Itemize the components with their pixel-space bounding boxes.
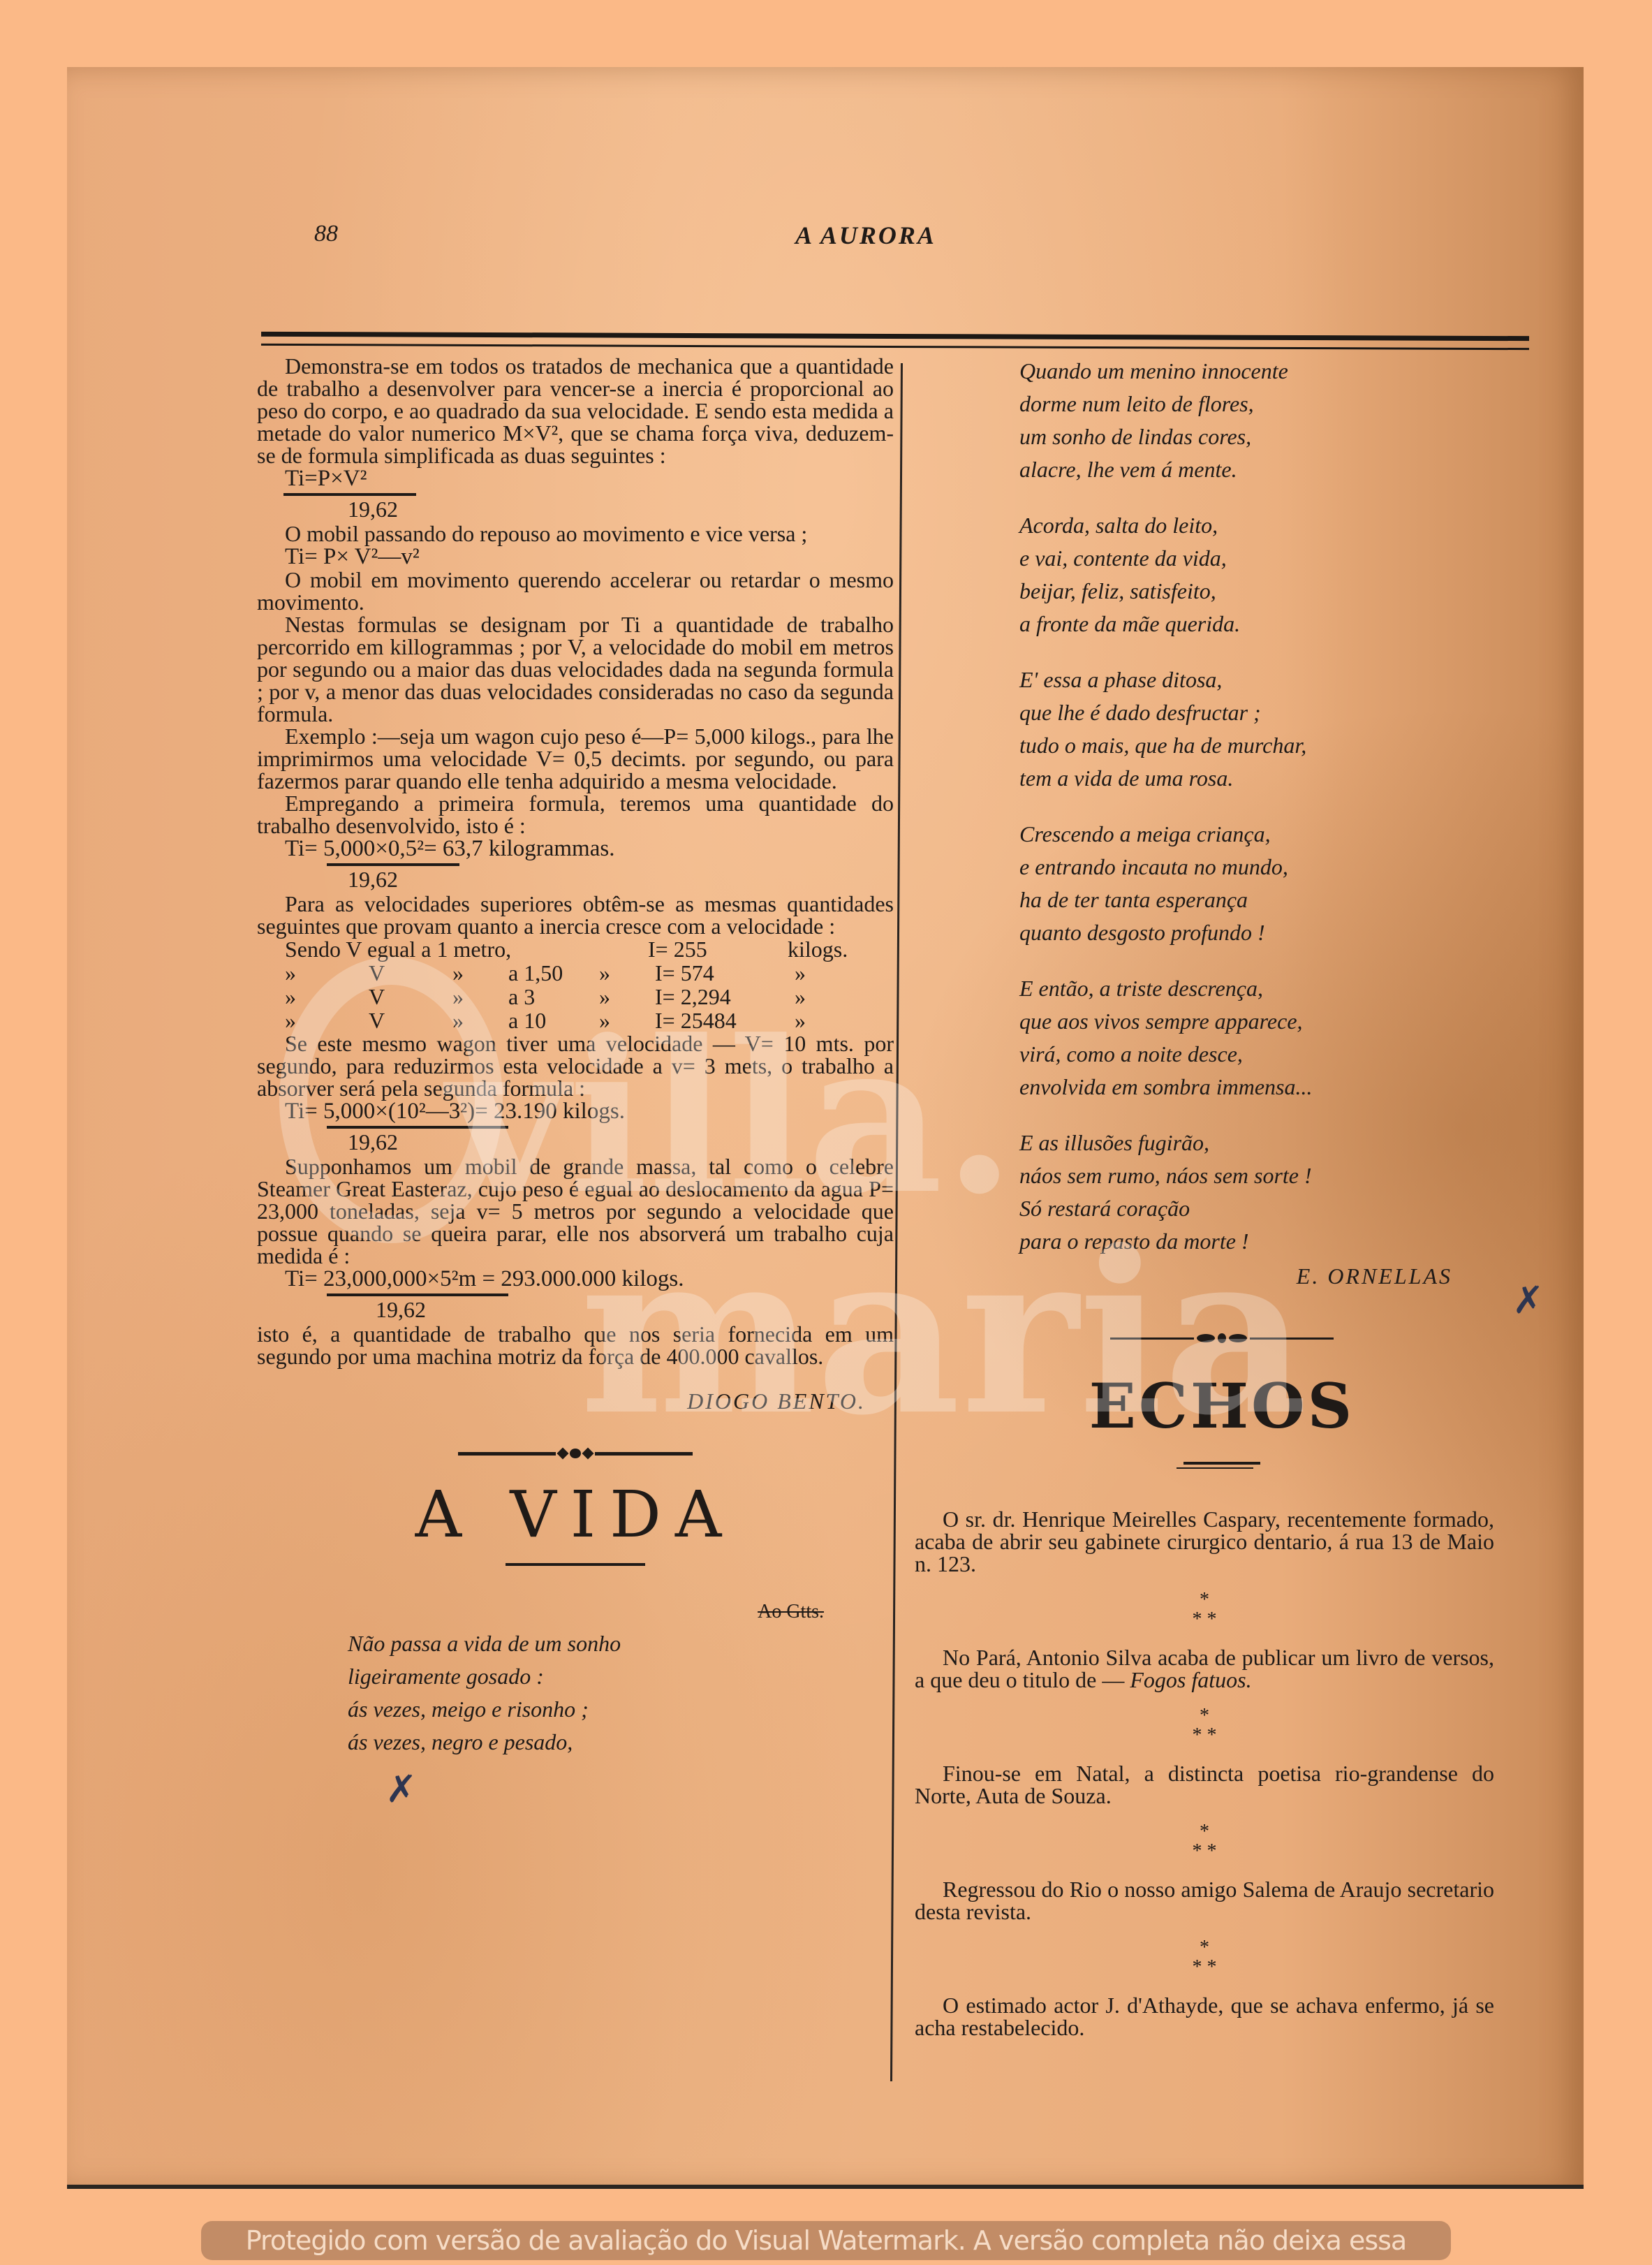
poem-line: tudo o mais, que ha de murchar, bbox=[1019, 729, 1529, 762]
table-result: I= 25484 bbox=[655, 1009, 795, 1032]
table-speed: a 1,50 bbox=[508, 961, 599, 985]
article-paragraph: isto é, a quantidade de trabalho que nos… bbox=[257, 1323, 894, 1368]
ditto-mark: » bbox=[452, 1009, 508, 1032]
poem-line: tem a vida de uma rosa. bbox=[1019, 762, 1529, 795]
left-column: Demonstra-se em todos os tratados de mec… bbox=[257, 355, 894, 1759]
table-unit: » bbox=[795, 985, 850, 1009]
velocity-table: Sendo V egual a 1 metro, I= 255 kilogs. … bbox=[257, 937, 894, 1032]
right-column: Quando um menino innocente dorme num lei… bbox=[915, 355, 1529, 2039]
denominator: 19,62 bbox=[257, 866, 894, 893]
table-variable: V bbox=[369, 961, 452, 985]
denominator: 19,62 bbox=[257, 496, 894, 522]
poem-line: e entrando incauta no mundo, bbox=[1019, 851, 1529, 884]
table-result: I= 255 bbox=[648, 937, 788, 961]
article-paragraph: Se este mesmo wagon tiver uma velocidade… bbox=[257, 1032, 894, 1099]
poem-line: ás vezes, negro e pesado, bbox=[348, 1726, 894, 1759]
poem-title: A VIDA bbox=[257, 1476, 894, 1553]
news-item: No Pará, Antonio Silva acaba de publicar… bbox=[915, 1646, 1494, 1691]
running-head: 88 A AURORA bbox=[196, 221, 1536, 260]
poem-line: para o repasto da morte ! bbox=[1019, 1225, 1529, 1258]
article-paragraph: Demonstra-se em todos os tratados de mec… bbox=[257, 355, 894, 467]
poem-line: náos sem rumo, náos sem sorte ! bbox=[1019, 1159, 1529, 1192]
title-rule bbox=[1183, 1462, 1260, 1465]
poem-line: Só restará coração bbox=[1019, 1192, 1529, 1225]
ditto-mark: » bbox=[599, 1009, 655, 1032]
poem-line: que lhe é dado desfructar ; bbox=[1019, 696, 1529, 729]
poem-line: E então, a triste descrença, bbox=[1019, 972, 1529, 1005]
formula: Ti=P×V² bbox=[257, 467, 894, 490]
news-item: O estimado actor J. d'Athayde, que se ac… bbox=[915, 1994, 1494, 2039]
article-author: DIOGO BENTO. bbox=[257, 1390, 894, 1412]
table-result: I= 2,294 bbox=[655, 985, 795, 1009]
table-lead: Sendo V egual a 1 metro, bbox=[285, 937, 648, 961]
poem-line: que aos vivos sempre apparece, bbox=[1019, 1005, 1529, 1038]
poem-line: quanto desgosto profundo ! bbox=[1019, 916, 1529, 949]
formula: Ti= 5,000×(10²—3²)= 23.190 kilogs. bbox=[257, 1099, 894, 1123]
article-paragraph: Para as velocidades superiores obtêm-se … bbox=[257, 893, 894, 937]
table-result: I= 574 bbox=[655, 961, 795, 985]
asterism-icon: ** * bbox=[915, 1822, 1494, 1861]
article-paragraph: Exemplo :—seja um wagon cujo peso é—P= 5… bbox=[257, 725, 894, 792]
table-speed: a 10 bbox=[508, 1009, 599, 1032]
poem-line: Quando um menino innocente bbox=[1019, 355, 1529, 388]
poem-line: Crescendo a meiga criança, bbox=[1019, 818, 1529, 851]
poem-line: Não passa a vida de um sonho bbox=[348, 1627, 894, 1660]
poem-continuation: Quando um menino innocente dorme num lei… bbox=[915, 355, 1529, 1258]
poem-line: beijar, feliz, satisfeito, bbox=[1019, 575, 1529, 608]
formula: Ti= 23,000,000×5²m = 293.000.000 kilogs. bbox=[257, 1267, 894, 1291]
poem-line: envolvida em sombra immensa... bbox=[1019, 1071, 1529, 1104]
denominator: 19,62 bbox=[257, 1296, 894, 1323]
journal-title: A AURORA bbox=[196, 221, 1536, 250]
asterism-icon: ** * bbox=[915, 1590, 1494, 1629]
poem-stanza: Quando um menino innocente dorme num lei… bbox=[1019, 355, 1529, 486]
news-item: O sr. dr. Henrique Meirelles Caspary, re… bbox=[915, 1508, 1494, 1575]
asterism-icon: ** * bbox=[915, 1706, 1494, 1745]
poem-dedication: Ao Gtts. bbox=[257, 1601, 894, 1623]
poem-line: ligeiramente gosado : bbox=[348, 1660, 894, 1693]
article-paragraph: Nestas formulas se designam por Ti a qua… bbox=[257, 613, 894, 725]
title-rule bbox=[506, 1563, 645, 1566]
poem-stanza: E' essa a phase ditosa, que lhe é dado d… bbox=[1019, 664, 1529, 795]
table-row: Sendo V egual a 1 metro, I= 255 kilogs. bbox=[257, 937, 894, 961]
poem-line: ás vezes, meigo e risonho ; bbox=[348, 1693, 894, 1726]
title-rule bbox=[1177, 1467, 1253, 1469]
poem-line: virá, como a noite desce, bbox=[1019, 1038, 1529, 1071]
table-unit: kilogs. bbox=[788, 937, 892, 961]
pencil-mark-icon: ✗ bbox=[385, 1767, 417, 1811]
poem-line: ha de ter tanta esperança bbox=[1019, 884, 1529, 916]
poem-line: um sonho de lindas cores, bbox=[1019, 420, 1529, 453]
table-unit: » bbox=[795, 961, 850, 985]
article-paragraph: Empregando a primeira formula, teremos u… bbox=[257, 792, 894, 837]
table-variable: V bbox=[369, 985, 452, 1009]
table-unit: » bbox=[795, 1009, 850, 1032]
poem-stanza: Acorda, salta do leito, e vai, contente … bbox=[1019, 509, 1529, 640]
section-title: ECHOS bbox=[915, 1371, 1529, 1441]
section-ornament bbox=[257, 1449, 894, 1458]
table-row: » V » a 10 » I= 25484 » bbox=[257, 1009, 894, 1032]
asterism-icon: ** * bbox=[915, 1938, 1494, 1977]
ditto-mark: » bbox=[452, 985, 508, 1009]
denominator: 19,62 bbox=[257, 1129, 894, 1155]
poem-stanza: Não passa a vida de um sonho ligeirament… bbox=[257, 1627, 894, 1759]
poem-stanza: E então, a triste descrença, que aos viv… bbox=[1019, 972, 1529, 1104]
table-variable: V bbox=[369, 1009, 452, 1032]
formula: Ti= 5,000×0,5²= 63,7 kilogrammas. bbox=[257, 837, 894, 860]
poem-line: a fronte da mãe querida. bbox=[1019, 608, 1529, 640]
article-paragraph: Supponhamos um mobil de grande massa, ta… bbox=[257, 1155, 894, 1267]
table-row: » V » a 1,50 » I= 574 » bbox=[257, 961, 894, 985]
ditto-mark: » bbox=[452, 961, 508, 985]
table-row: » V » a 3 » I= 2,294 » bbox=[257, 985, 894, 1009]
news-item: Regressou do Rio o nosso amigo Salema de… bbox=[915, 1878, 1494, 1923]
section-ornament bbox=[915, 1333, 1529, 1343]
poem-line: dorme num leito de flores, bbox=[1019, 388, 1529, 420]
poem-line: E as illusões fugirão, bbox=[1019, 1127, 1529, 1159]
ditto-mark: » bbox=[599, 961, 655, 985]
poem-line: alacre, lhe vem á mente. bbox=[1019, 453, 1529, 486]
ditto-mark: » bbox=[599, 985, 655, 1009]
pencil-mark-icon: ✗ bbox=[1512, 1278, 1544, 1322]
article-paragraph: O mobil em movimento querendo accelerar … bbox=[257, 569, 894, 613]
watermark-banner: Protegido com versão de avaliação do Vis… bbox=[201, 2221, 1451, 2260]
news-item: Finou-se em Natal, a distincta poetisa r… bbox=[915, 1762, 1494, 1807]
table-speed: a 3 bbox=[508, 985, 599, 1009]
news-list: O sr. dr. Henrique Meirelles Caspary, re… bbox=[915, 1508, 1529, 2039]
book-title: Fogos fatuos. bbox=[1130, 1667, 1251, 1692]
poem-line: Acorda, salta do leito, bbox=[1019, 509, 1529, 542]
ditto-mark: » bbox=[285, 1009, 369, 1032]
article-paragraph: O mobil passando do repouso ao movimento… bbox=[257, 522, 894, 545]
ditto-mark: » bbox=[285, 961, 369, 985]
poem-stanza: Crescendo a meiga criança, e entrando in… bbox=[1019, 818, 1529, 949]
poem-line: E' essa a phase ditosa, bbox=[1019, 664, 1529, 696]
poem-stanza: E as illusões fugirão, náos sem rumo, ná… bbox=[1019, 1127, 1529, 1258]
formula: Ti= P× V²—v² bbox=[257, 545, 894, 569]
poem-line: e vai, contente da vida, bbox=[1019, 542, 1529, 575]
ditto-mark: » bbox=[285, 985, 369, 1009]
poem-author: E. ORNELLAS bbox=[915, 1265, 1529, 1287]
